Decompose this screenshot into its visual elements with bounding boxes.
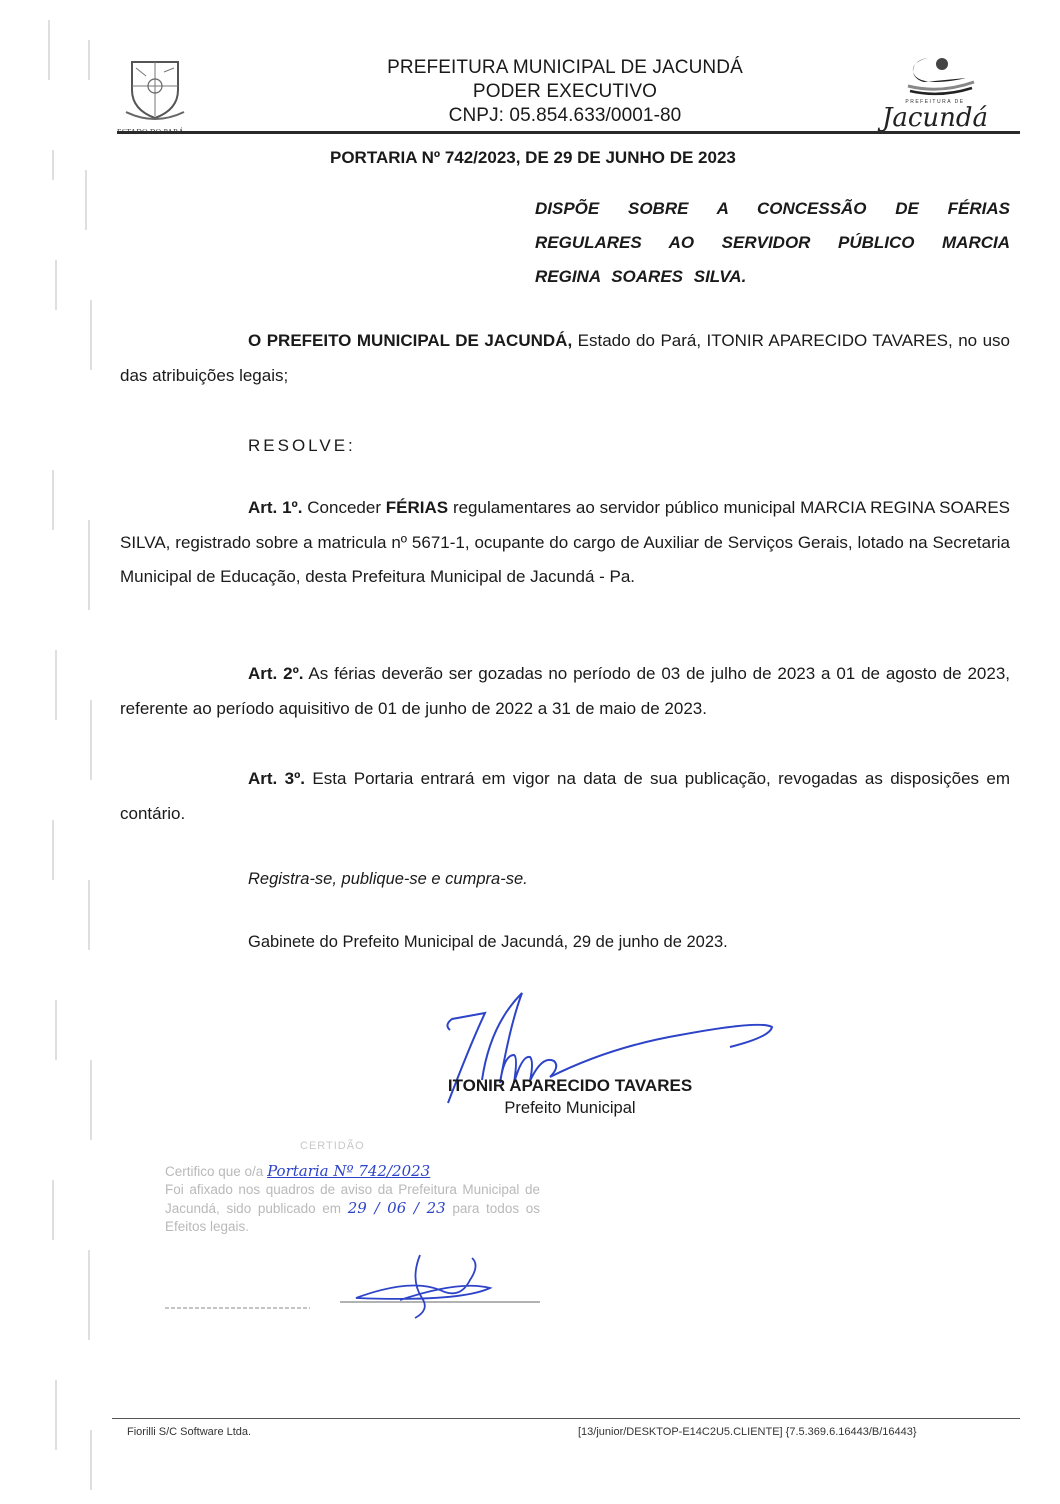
- article-2-label: Art. 2º.: [248, 664, 304, 683]
- jacunda-logo: PREFEITURA DE Jacundá: [880, 52, 990, 128]
- article-1-bold: FÉRIAS: [386, 498, 448, 517]
- footer-divider: [112, 1418, 1020, 1419]
- article-1: Art. 1º. Conceder FÉRIAS regulamentares …: [120, 491, 1010, 595]
- article-3-label: Art. 3º.: [248, 769, 305, 788]
- header-municipality: PREFEITURA MUNICIPAL DE JACUNDÁ: [330, 56, 800, 80]
- footer-system-info: [13/junior/DESKTOP-E14C2U5.CLIENTE] {7.5…: [578, 1426, 917, 1438]
- resolve-heading: RESOLVE:: [248, 436, 356, 456]
- certidao-signature-icon: [160, 1250, 550, 1320]
- certidao-handwritten-portaria: Portaria Nº 742/2023: [267, 1162, 430, 1180]
- preamble-paragraph: O PREFEITO MUNICIPAL DE JACUNDÁ, Estado …: [120, 324, 1010, 393]
- article-1-label: Art. 1º.: [248, 498, 302, 517]
- header-cnpj: CNPJ: 05.854.633/0001-80: [330, 104, 800, 128]
- coat-of-arms-icon: [120, 54, 190, 124]
- preamble-bold: O PREFEITO MUNICIPAL DE JACUNDÁ,: [248, 331, 572, 350]
- logo-mark-icon: [880, 52, 990, 96]
- logo-wordmark: Jacundá: [880, 105, 990, 131]
- certidao-line1-pre: Certifico que o/a: [165, 1164, 267, 1179]
- article-3: Art. 3º. Esta Portaria entrará em vigor …: [120, 762, 1010, 831]
- header-branch: PODER EXECUTIVO: [330, 80, 800, 104]
- closing-place-date: Gabinete do Prefeito Municipal de Jacund…: [248, 933, 728, 952]
- certidao-title: CERTIDÃO: [300, 1140, 365, 1152]
- article-1-pre: Conceder: [302, 498, 385, 517]
- portaria-title: PORTARIA Nº 742/2023, DE 29 DE JUNHO DE …: [330, 148, 736, 168]
- certidao-handwritten-date: 29 / 06 / 23: [348, 1199, 446, 1217]
- scan-edge-artifacts: [0, 0, 110, 1504]
- signatory-name: ITONIR APARECIDO TAVARES: [420, 1076, 720, 1096]
- signatory-role: Prefeito Municipal: [420, 1099, 720, 1118]
- footer-software: Fiorilli S/C Software Ltda.: [127, 1426, 251, 1438]
- ementa: DISPÕE SOBRE A CONCESSÃO DE FÉRIAS REGUL…: [535, 192, 1010, 294]
- closing-formula: Registra-se, publique-se e cumpra-se.: [248, 870, 528, 889]
- article-2: Art. 2º. As férias deverão ser gozadas n…: [120, 657, 1010, 726]
- certidao-stamp: Certifico que o/a Portaria Nº 742/2023 F…: [165, 1162, 540, 1236]
- header-divider: [117, 131, 1020, 134]
